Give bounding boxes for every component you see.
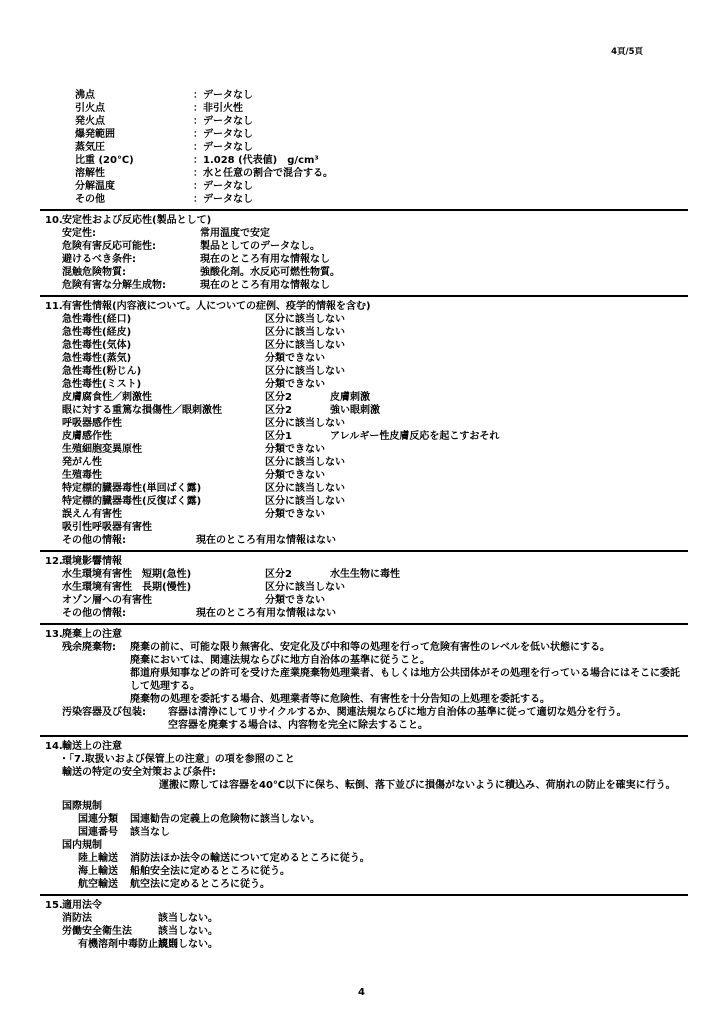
row-label: 吸引性呼吸器有害性 bbox=[62, 521, 265, 534]
disposal-line: 空容器を廃棄する場合は、内容物を完全に除去すること。 bbox=[168, 719, 688, 732]
other-info-row: その他の情報:現在のところ有用な情報はない bbox=[45, 534, 688, 547]
property-label: 爆発範囲 bbox=[75, 128, 193, 141]
stability-row: 危険有害な分解生成物:現在のところ有用な情報なし bbox=[45, 279, 688, 292]
row-label: 汚染容器及び包装: bbox=[62, 706, 146, 719]
section-12-ecology: 12.環境影響情報 水生環境有害性 短期(急性)区分2水生生物に毒性 水生環境有… bbox=[45, 555, 688, 620]
section-divider bbox=[40, 295, 688, 297]
regulation-row: 海上輸送船舶安全法に定めるところに従う。 bbox=[45, 865, 688, 878]
row-value: 現在のところ有用な情報はない bbox=[196, 607, 336, 620]
row-category: 分類できない bbox=[265, 443, 330, 456]
property-row: 溶解性：水と任意の割合で混合する。 bbox=[45, 167, 688, 180]
row-value: 航空法に定めるところに従う。 bbox=[130, 878, 270, 891]
row-value: 該当しない。 bbox=[158, 938, 218, 951]
property-row: 沸点：データなし bbox=[45, 89, 688, 102]
page-header-number: 4頁/5頁 bbox=[611, 46, 643, 59]
row-label: その他の情報: bbox=[62, 534, 196, 547]
row-label: 安定性: bbox=[62, 227, 200, 240]
hazard-row: 急性毒性(蒸気)分類できない bbox=[45, 352, 688, 365]
property-label: 分解温度 bbox=[75, 180, 193, 193]
row-value: 製品としてのデータなし。 bbox=[200, 240, 320, 253]
transport-safety-label: 輸送の特定の安全対策および条件: bbox=[45, 766, 688, 779]
row-label: 危険有害反応可能性: bbox=[62, 240, 200, 253]
row-category: 区分1 bbox=[265, 430, 330, 443]
row-label: 特定標的臓器毒性(反復ばく露) bbox=[62, 495, 265, 508]
page-footer-number: 4 bbox=[0, 986, 723, 999]
transport-reference-note: ・「7.取扱いおよび保管上の注意」の項を参照のこと bbox=[45, 753, 688, 766]
section-divider bbox=[40, 550, 688, 552]
row-description: 強い眼刺激 bbox=[330, 404, 380, 417]
row-category: 分類できない bbox=[265, 508, 330, 521]
row-label: 急性毒性(蒸気) bbox=[62, 352, 265, 365]
property-value: ：データなし bbox=[193, 115, 253, 128]
row-label: 急性毒性(ミスト) bbox=[62, 378, 265, 391]
row-value: 現在のところ有用な情報はない bbox=[196, 534, 336, 547]
row-label: 急性毒性(経口) bbox=[62, 313, 265, 326]
row-label: 陸上輸送 bbox=[78, 852, 130, 865]
hazard-row: 発がん性区分に該当しない bbox=[45, 456, 688, 469]
section-14-transport: 14.輸送上の注意 ・「7.取扱いおよび保管上の注意」の項を参照のこと 輸送の特… bbox=[45, 740, 688, 891]
other-info-row: その他の情報:現在のところ有用な情報はない bbox=[45, 607, 688, 620]
row-label: 混触危険物質: bbox=[62, 266, 200, 279]
document-content: 沸点：データなし 引火点：非引火性 発火点：データなし 爆発範囲：データなし 蒸… bbox=[45, 89, 688, 951]
hazard-row: 生殖細胞変異原性分類できない bbox=[45, 443, 688, 456]
section-13-disposal: 13.廃棄上の注意 残余廃棄物: 廃棄の前に、可能な限り無害化、安定化及び中和等… bbox=[45, 628, 688, 732]
hazard-row: 眼に対する重篤な損傷性／眼刺激性区分2強い眼刺激 bbox=[45, 404, 688, 417]
row-label: 皮膚感作性 bbox=[62, 430, 265, 443]
law-row: 労働安全衛生法該当しない。 bbox=[45, 925, 688, 938]
row-label: 有機溶剤中毒防止規則 bbox=[78, 938, 158, 951]
row-label: 残余廃棄物: bbox=[62, 641, 116, 654]
row-label: 水生環境有害性 長期(慢性) bbox=[62, 581, 265, 594]
regulation-row: 航空輸送航空法に定めるところに従う。 bbox=[45, 878, 688, 891]
transport-safety-text: 運搬に際しては容器を40℃以下に保ち、転倒、落下並びに損傷がないように積込み、荷… bbox=[45, 779, 688, 792]
row-label: オゾン層への有害性 bbox=[62, 594, 265, 607]
row-label: 避けるべき条件: bbox=[62, 253, 200, 266]
row-label: 急性毒性(粉じん) bbox=[62, 365, 265, 378]
property-label: 比重 (20℃) bbox=[75, 154, 193, 167]
hazard-row: 呼吸器感作性区分に該当しない bbox=[45, 417, 688, 430]
hazard-row: 皮膚感作性区分1アレルギー性皮膚反応を起こすおそれ bbox=[45, 430, 688, 443]
hazard-row: 特定標的臓器毒性(単回ばく露)区分に該当しない bbox=[45, 482, 688, 495]
section-title: 適用法令 bbox=[62, 899, 102, 912]
row-value: 消防法ほか法令の輸送について定めるところに従う。 bbox=[130, 852, 370, 865]
hazard-row: 誤えん有害性分類できない bbox=[45, 508, 688, 521]
row-label: 危険有害な分解生成物: bbox=[62, 279, 200, 292]
row-category: 分類できない bbox=[265, 378, 330, 391]
stability-row: 危険有害反応可能性:製品としてのデータなし。 bbox=[45, 240, 688, 253]
row-category: 区分に該当しない bbox=[265, 495, 345, 508]
hazard-row: 急性毒性(経皮)区分に該当しない bbox=[45, 326, 688, 339]
row-category: 分類できない bbox=[265, 469, 330, 482]
row-label: その他の情報: bbox=[62, 607, 196, 620]
row-category: 分類できない bbox=[265, 594, 330, 607]
eco-row: 水生環境有害性 長期(慢性)区分に該当しない bbox=[45, 581, 688, 594]
stability-row: 混触危険物質:強酸化剤。水反応可燃性物質。 bbox=[45, 266, 688, 279]
section-title: 安定性および反応性(製品として) bbox=[62, 214, 211, 227]
contaminated-container-block: 汚染容器及び包装: 容器は清浄にしてリサイクルするか、関連法規ならびに地方自治体… bbox=[45, 706, 688, 732]
law-row: 消防法該当しない。 bbox=[45, 912, 688, 925]
property-label: 溶解性 bbox=[75, 167, 193, 180]
row-category bbox=[265, 521, 330, 534]
row-value: 現在のところ有用な情報なし bbox=[200, 279, 330, 292]
property-value: ：データなし bbox=[193, 89, 253, 102]
domestic-regulation-title: 国内規制 bbox=[45, 839, 688, 852]
row-category: 区分に該当しない bbox=[265, 417, 345, 430]
section-heading: 15.適用法令 bbox=[45, 899, 688, 912]
row-category: 分類できない bbox=[265, 352, 330, 365]
section-number: 15. bbox=[45, 899, 62, 912]
section-heading: 14.輸送上の注意 bbox=[45, 740, 688, 753]
row-label: 急性毒性(気体) bbox=[62, 339, 265, 352]
row-category: 区分に該当しない bbox=[265, 482, 345, 495]
hazard-row: 急性毒性(粉じん)区分に該当しない bbox=[45, 365, 688, 378]
row-label: 水生環境有害性 短期(急性) bbox=[62, 568, 265, 581]
section-title: 輸送上の注意 bbox=[62, 740, 122, 753]
section-divider bbox=[40, 735, 688, 737]
section-heading: 13.廃棄上の注意 bbox=[45, 628, 688, 641]
property-row: 爆発範囲：データなし bbox=[45, 128, 688, 141]
disposal-line: 容器は清浄にしてリサイクルするか、関連法規ならびに地方自治体の基準に従って適切な… bbox=[168, 706, 688, 719]
row-label: 急性毒性(経皮) bbox=[62, 326, 265, 339]
section-number: 14. bbox=[45, 740, 62, 753]
regulation-row: 陸上輸送消防法ほか法令の輸送について定めるところに従う。 bbox=[45, 852, 688, 865]
property-value: ：非引火性 bbox=[193, 102, 243, 115]
row-label: 労働安全衛生法 bbox=[62, 925, 158, 938]
eco-row: 水生環境有害性 短期(急性)区分2水生生物に毒性 bbox=[45, 568, 688, 581]
section-divider bbox=[40, 894, 688, 896]
section-10-stability: 10.安定性および反応性(製品として) 安定性:常用温度で安定 危険有害反応可能… bbox=[45, 214, 688, 292]
property-label: 引火点 bbox=[75, 102, 193, 115]
disposal-line: 廃棄物の処理を委託する場合、処理業者等に危険性、有害性を十分告知の上処理を委託す… bbox=[130, 693, 688, 706]
row-label: 消防法 bbox=[62, 912, 158, 925]
section-divider bbox=[40, 209, 688, 211]
property-value: ：水と任意の割合で混合する。 bbox=[193, 167, 333, 180]
section-heading: 10.安定性および反応性(製品として) bbox=[45, 214, 688, 227]
property-row: その他：データなし bbox=[45, 193, 688, 206]
row-category: 区分に該当しない bbox=[265, 581, 345, 594]
row-label: 海上輸送 bbox=[78, 865, 130, 878]
row-category: 区分に該当しない bbox=[265, 365, 345, 378]
hazard-row: 急性毒性(気体)区分に該当しない bbox=[45, 339, 688, 352]
property-value: ：データなし bbox=[193, 193, 253, 206]
row-value: 該当しない。 bbox=[158, 925, 218, 938]
row-label: 眼に対する重篤な損傷性／眼刺激性 bbox=[62, 404, 265, 417]
section-11-toxicology: 11.有害性情報(内容液について。人についての症例、疫学的情報を含む) 急性毒性… bbox=[45, 300, 688, 547]
section-heading: 12.環境影響情報 bbox=[45, 555, 688, 568]
hazard-row: 皮膚腐食性／刺激性区分2皮膚刺激 bbox=[45, 391, 688, 404]
regulation-row: 国連分類国連勧告の定義上の危険物に該当しない。 bbox=[45, 813, 688, 826]
eco-row: オゾン層への有害性分類できない bbox=[45, 594, 688, 607]
section-number: 10. bbox=[45, 214, 62, 227]
sds-document-page: 4頁/5頁 沸点：データなし 引火点：非引火性 発火点：データなし 爆発範囲：デ… bbox=[0, 0, 723, 1024]
disposal-line: 廃棄においては、関連法規ならびに地方自治体の基準に従うこと。 bbox=[130, 654, 688, 667]
section-number: 13. bbox=[45, 628, 62, 641]
section-title: 有害性情報(内容液について。人についての症例、疫学的情報を含む) bbox=[62, 300, 371, 313]
section-title: 廃棄上の注意 bbox=[62, 628, 122, 641]
row-description: 皮膚刺激 bbox=[330, 391, 370, 404]
section-divider bbox=[40, 623, 688, 625]
row-value: 該当しない。 bbox=[158, 912, 218, 925]
row-category: 区分に該当しない bbox=[265, 326, 345, 339]
row-label: 国連番号 bbox=[78, 826, 130, 839]
disposal-line: 廃棄の前に、可能な限り無害化、安定化及び中和等の処理を行って危険有害性のレベルを… bbox=[130, 641, 688, 654]
property-label: 発火点 bbox=[75, 115, 193, 128]
row-label: 特定標的臓器毒性(単回ばく露) bbox=[62, 482, 265, 495]
hazard-row: 特定標的臓器毒性(反復ばく露)区分に該当しない bbox=[45, 495, 688, 508]
law-row: 有機溶剤中毒防止規則該当しない。 bbox=[45, 938, 688, 951]
hazard-row: 吸引性呼吸器有害性 bbox=[45, 521, 688, 534]
disposal-line: 都道府県知事などの許可を受けた産業廃棄物処理業者、もしくは地方公共団体がその処理… bbox=[130, 667, 688, 693]
hazard-row: 急性毒性(経口)区分に該当しない bbox=[45, 313, 688, 326]
property-label: 蒸気圧 bbox=[75, 141, 193, 154]
property-value: ：データなし bbox=[193, 180, 253, 193]
property-row: 蒸気圧：データなし bbox=[45, 141, 688, 154]
regulation-row: 国連番号該当なし bbox=[45, 826, 688, 839]
hazard-row: 急性毒性(ミスト)分類できない bbox=[45, 378, 688, 391]
section-number: 11. bbox=[45, 300, 62, 313]
section-heading: 11.有害性情報(内容液について。人についての症例、疫学的情報を含む) bbox=[45, 300, 688, 313]
spacer bbox=[45, 792, 688, 800]
international-regulation-title: 国際規制 bbox=[45, 800, 688, 813]
property-row: 発火点：データなし bbox=[45, 115, 688, 128]
property-value: ：データなし bbox=[193, 141, 253, 154]
property-label: 沸点 bbox=[75, 89, 193, 102]
row-label: 国連分類 bbox=[78, 813, 130, 826]
row-label: 生殖細胞変異原性 bbox=[62, 443, 265, 456]
property-value: ：データなし bbox=[193, 128, 253, 141]
section-title: 環境影響情報 bbox=[62, 555, 122, 568]
property-label: その他 bbox=[75, 193, 193, 206]
row-value: 現在のところ有用な情報なし bbox=[200, 253, 330, 266]
row-label: 呼吸器感作性 bbox=[62, 417, 265, 430]
section-15-regulations: 15.適用法令 消防法該当しない。 労働安全衛生法該当しない。 有機溶剤中毒防止… bbox=[45, 899, 688, 951]
stability-row: 避けるべき条件:現在のところ有用な情報なし bbox=[45, 253, 688, 266]
stability-row: 安定性:常用温度で安定 bbox=[45, 227, 688, 240]
row-label: 誤えん有害性 bbox=[62, 508, 265, 521]
row-description: アレルギー性皮膚反応を起こすおそれ bbox=[330, 430, 499, 443]
residual-waste-block: 残余廃棄物: 廃棄の前に、可能な限り無害化、安定化及び中和等の処理を行って危険有… bbox=[45, 641, 688, 706]
row-value: 船舶安全法に定めるところに従う。 bbox=[130, 865, 290, 878]
row-category: 区分2 bbox=[265, 404, 330, 417]
hazard-row: 生殖毒性分類できない bbox=[45, 469, 688, 482]
row-label: 発がん性 bbox=[62, 456, 265, 469]
row-label: 生殖毒性 bbox=[62, 469, 265, 482]
property-row: 分解温度：データなし bbox=[45, 180, 688, 193]
section-number: 12. bbox=[45, 555, 62, 568]
row-category: 区分2 bbox=[265, 568, 330, 581]
property-row: 引火点：非引火性 bbox=[45, 102, 688, 115]
row-category: 区分に該当しない bbox=[265, 313, 345, 326]
row-category: 区分に該当しない bbox=[265, 456, 345, 469]
row-value: 国連勧告の定義上の危険物に該当しない。 bbox=[130, 813, 320, 826]
row-category: 区分に該当しない bbox=[265, 339, 345, 352]
row-value: 常用温度で安定 bbox=[200, 227, 270, 240]
row-label: 皮膚腐食性／刺激性 bbox=[62, 391, 265, 404]
row-description: 水生生物に毒性 bbox=[330, 568, 400, 581]
row-value: 強酸化剤。水反応可燃性物質。 bbox=[200, 266, 340, 279]
property-value: ：1.028 (代表値) g/cm³ bbox=[193, 154, 319, 167]
physical-properties-block: 沸点：データなし 引火点：非引火性 発火点：データなし 爆発範囲：データなし 蒸… bbox=[45, 89, 688, 206]
row-label: 航空輸送 bbox=[78, 878, 130, 891]
row-category: 区分2 bbox=[265, 391, 330, 404]
row-value: 該当なし bbox=[130, 826, 170, 839]
property-row: 比重 (20℃)：1.028 (代表値) g/cm³ bbox=[45, 154, 688, 167]
